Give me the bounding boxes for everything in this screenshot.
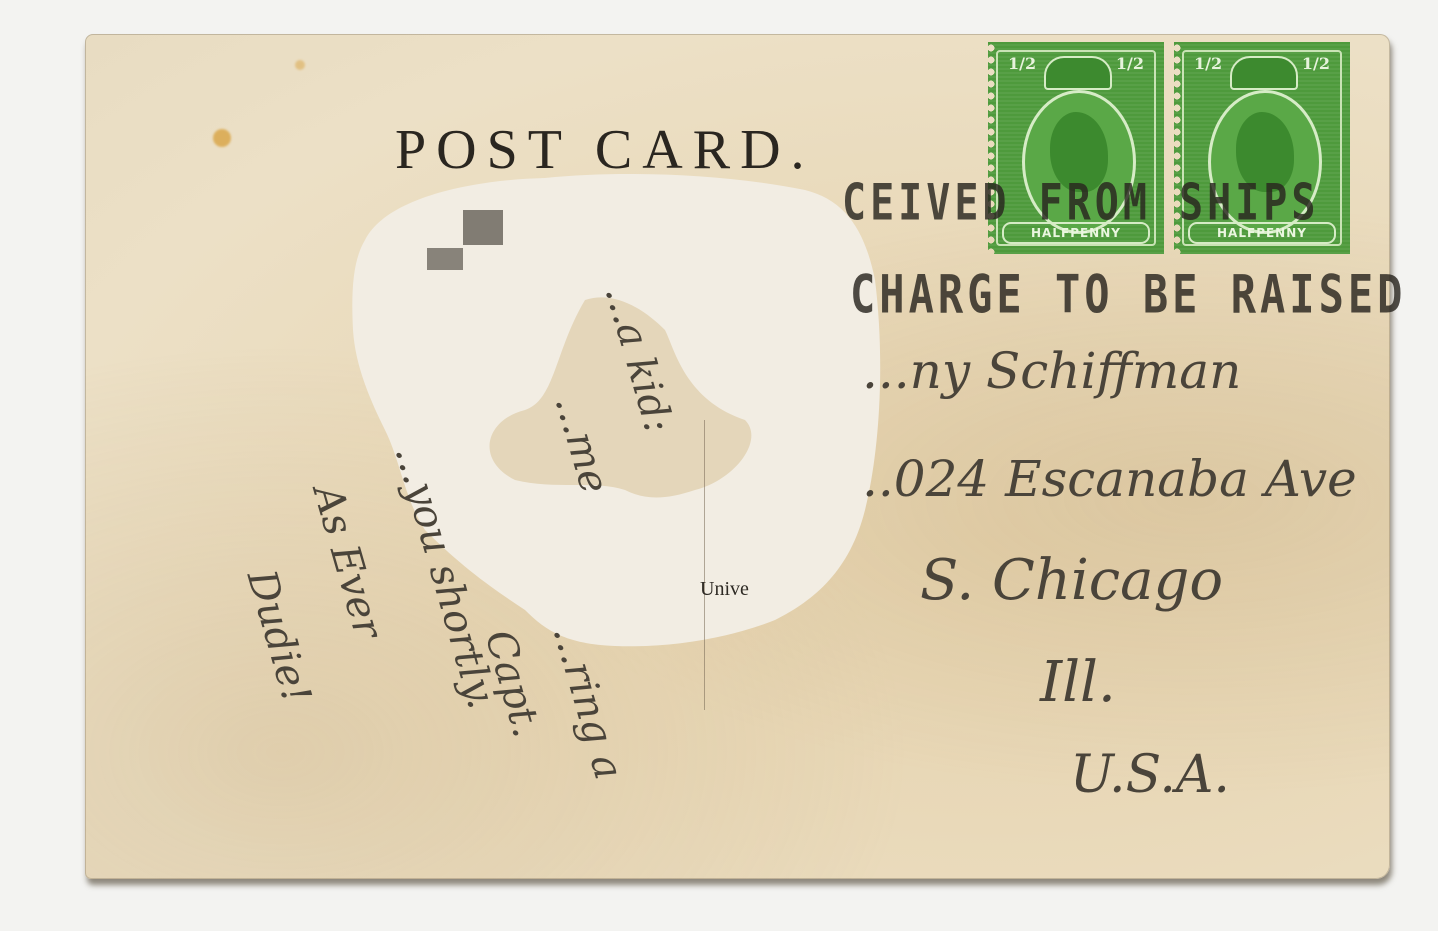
postcard-heading: POST CARD.	[395, 118, 815, 182]
stamp-value: 1/2	[1008, 56, 1036, 72]
stamp-value: 1/2	[1116, 56, 1144, 72]
stamp-value: 1/2	[1194, 56, 1222, 72]
address-name: ...ny Schiffman	[862, 342, 1241, 400]
address-street: ..024 Escanaba Ave	[862, 450, 1357, 508]
cancellation-line-1: CEIVED FROM SHIPS	[842, 174, 1319, 232]
crown-icon	[1230, 56, 1298, 90]
divider-line	[704, 420, 705, 710]
foxing-stain	[295, 60, 305, 70]
stamp-value: 1/2	[1302, 56, 1330, 72]
address-country: U.S.A.	[1070, 745, 1230, 805]
cancellation-line-2: CHARGE TO BE RAISED	[850, 264, 1406, 325]
address-state: Ill.	[1040, 650, 1116, 715]
address-city: S. Chicago	[920, 548, 1223, 613]
foxing-stain	[213, 129, 231, 147]
crown-icon	[1044, 56, 1112, 90]
printed-fragment: Unive	[700, 578, 749, 601]
